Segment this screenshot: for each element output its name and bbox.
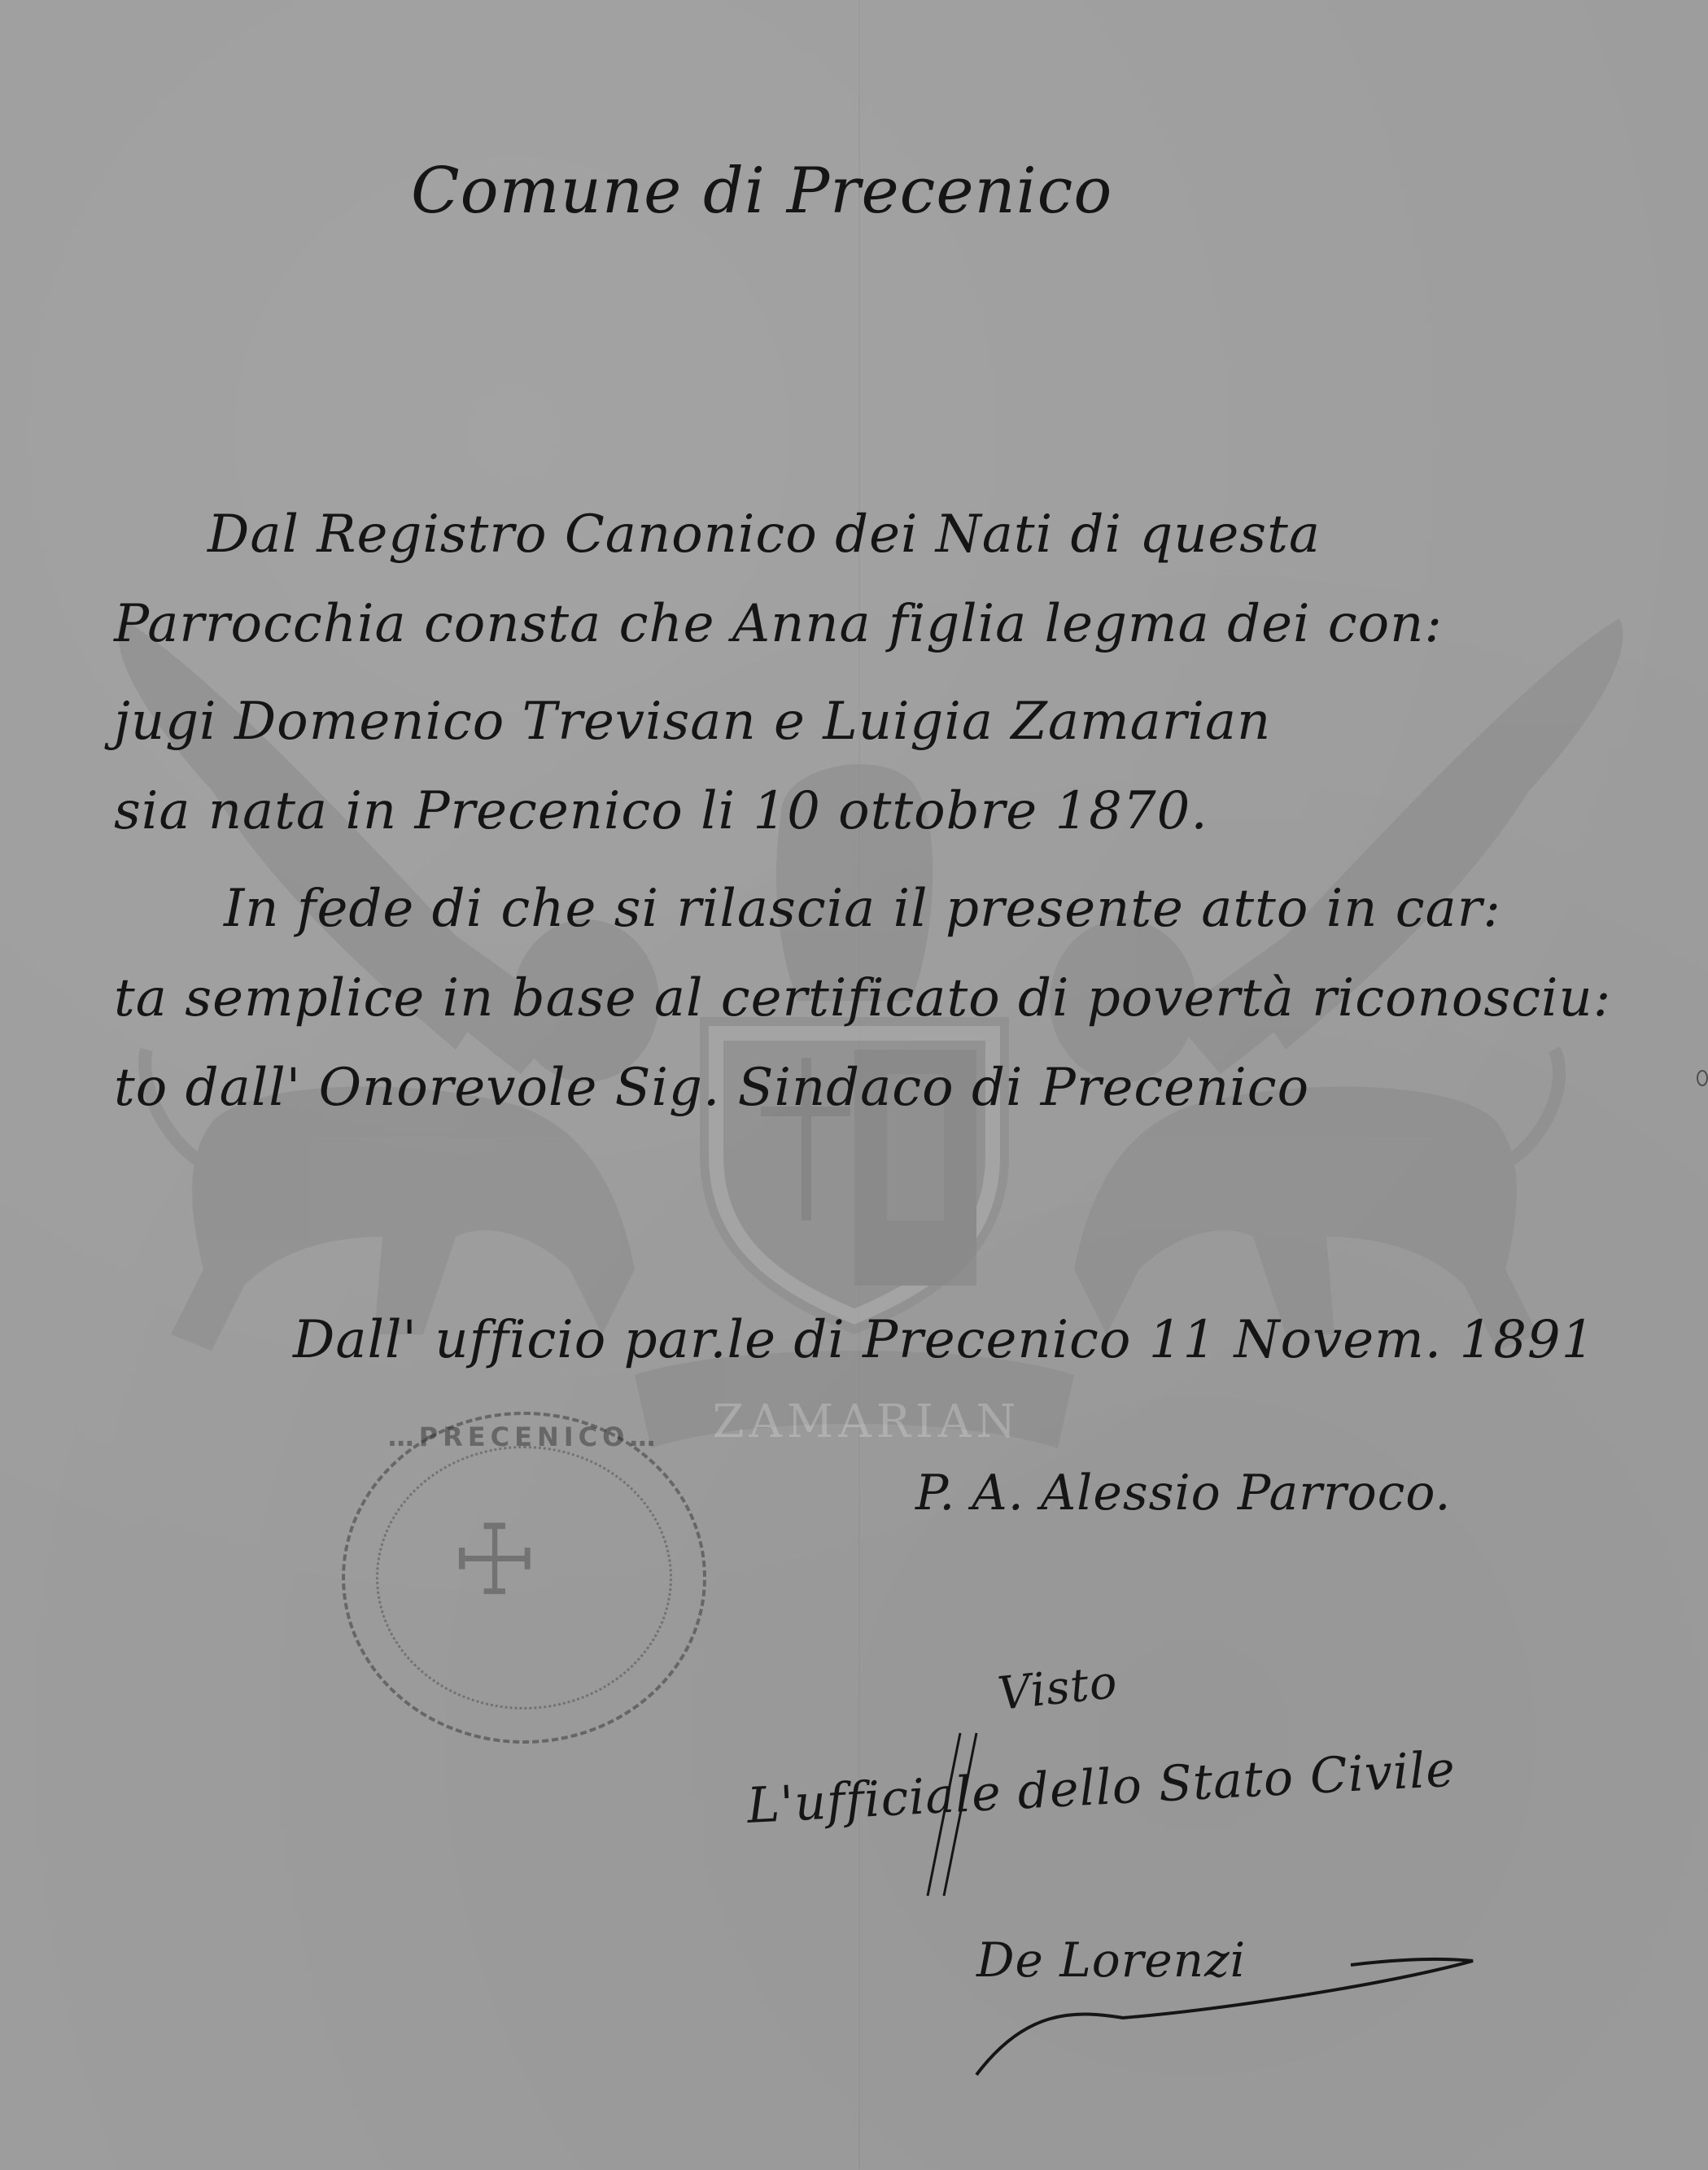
body-line-3: jugi Domenico Trevisan e Luigia Zamarian bbox=[114, 692, 1271, 752]
stamp-text: …PRECENICO… bbox=[345, 1421, 703, 1452]
stamp-figure-icon: ☩ bbox=[451, 1504, 539, 1618]
parish-stamp: …PRECENICO… ☩ bbox=[342, 1412, 706, 1744]
body-line-2: Parrocchia consta che Anna figlia legma … bbox=[114, 594, 1443, 654]
body-line-4: sia nata in Precenico li 10 ottobre 1870… bbox=[114, 781, 1208, 841]
edge-mark bbox=[1697, 1070, 1708, 1086]
place-and-date: Dall' ufficio par.le di Precenico 11 Nov… bbox=[293, 1310, 1595, 1370]
body-line-6: ta semplice in base al certificato di po… bbox=[114, 968, 1611, 1028]
body-line-5: In fede di che si rilascia il presente a… bbox=[224, 879, 1501, 939]
body-line-7: to dall' Onorevole Sig. Sindaco di Prece… bbox=[114, 1058, 1309, 1118]
priest-signature: P. A. Alessio Parroco. bbox=[915, 1465, 1452, 1522]
officer-signature: De Lorenzi bbox=[976, 1932, 1246, 1988]
body-line-1: Dal Registro Canonico dei Nati di questa bbox=[207, 504, 1321, 565]
watermark-banner-text: ZAMARIAN bbox=[692, 1395, 1042, 1448]
document-heading: Comune di Precenico bbox=[411, 155, 1112, 228]
